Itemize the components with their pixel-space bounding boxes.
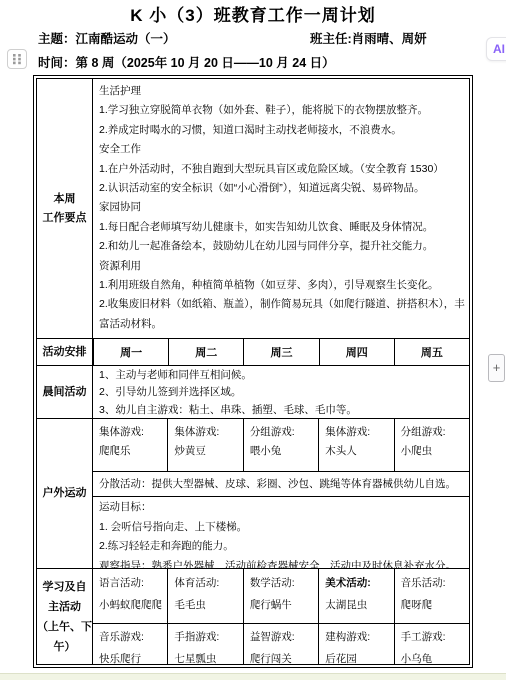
outdoor-goals-row: 运动目标： 1. 会听信号指向走、上下楼梯。 2.练习轻轻走和奔跑的能力。 观察… bbox=[93, 496, 469, 568]
weekly-point-line: 安全工作 bbox=[99, 140, 465, 159]
label-line: 活动安排 bbox=[43, 343, 87, 362]
learning-cell: 益智游戏: 爬行闯关 bbox=[243, 624, 318, 664]
row-label-outdoor: 户外运动 bbox=[37, 419, 93, 568]
outdoor-goals-content: 运动目标： 1. 会听信号指向走、上下楼梯。 2.练习轻轻走和奔跑的能力。 观察… bbox=[93, 497, 469, 568]
weekly-point-line: 1.学习独立穿脱简单衣物（如外套、鞋子），能将脱下的衣物摆放整齐。 bbox=[99, 101, 465, 120]
learning-cell: 音乐游戏: 快乐爬行 bbox=[93, 624, 167, 664]
morning-content: 1、主动与老师和同伴互相问候。 2、引导幼儿签到并选择区域。 3、幼儿自主游戏：… bbox=[93, 366, 469, 418]
label-line: 午） bbox=[54, 637, 76, 657]
morning-line: 3、幼儿自主游戏：粘土、串珠、插塑、毛球、毛巾等。 bbox=[99, 402, 465, 418]
weekly-point-line: 1.利用班级自然角，种植简单植物（如豆芽、多肉），引导观察生长变化。 bbox=[99, 276, 465, 295]
label-line: 户外运动 bbox=[43, 484, 87, 503]
learning-cell-art: 美术活动: 太湖昆虫 bbox=[318, 569, 393, 623]
morning-line: 2、引导幼儿签到并选择区域。 bbox=[99, 384, 465, 401]
goal-line: 1. 会听信号指向走、上下楼梯。 bbox=[99, 519, 465, 538]
weekly-point-line: 1.在户外活动时，不独自跑到大型玩具盲区或危险区域。（安全教育 1530） bbox=[99, 160, 465, 179]
outdoor-games-row: 集体游戏: 爬爬乐 集体游戏: 炒黄豆 分组游戏: 喂小兔 集体游戏: 木头人 … bbox=[93, 419, 469, 471]
outdoor-game-cell: 分组游戏: 小爬虫 bbox=[394, 419, 469, 471]
goal-line: 2.练习轻轻走和奔跑的能力。 bbox=[99, 538, 465, 557]
weekly-point-line: 2.养成定时喝水的习惯，知道口渴时主动找老师接水，不浪费水。 bbox=[99, 121, 465, 140]
weekly-plan-table: 本周 工作要点 生活护理 1.学习独立穿脱简单衣物（如外套、鞋子），能将脱下的衣… bbox=[33, 75, 473, 668]
next-page-strip bbox=[0, 673, 506, 680]
day-header-mon: 周一 bbox=[93, 339, 168, 365]
goal-line: 观察指导：熟悉户外器械，活动前检查器械安全，活动中及时休息补充水分。 bbox=[99, 558, 465, 568]
label-line: 本周 bbox=[54, 190, 76, 209]
row-outdoor-sports: 户外运动 集体游戏: 爬爬乐 集体游戏: 炒黄豆 分组游戏: 喂小兔 集体游戏: bbox=[37, 418, 469, 568]
learning-cell: 手工游戏: 小乌龟 bbox=[394, 624, 469, 664]
row-learning-activities: 学习及自 主活动 （上午、下 午） 语言活动: 小蚂蚁爬爬爬 体育活动: 毛毛虫… bbox=[37, 568, 469, 664]
weekly-point-line: 生活护理 bbox=[99, 82, 465, 101]
outdoor-scatter-row: 分散活动：提供大型器械、皮球、彩圈、沙包、跳绳等体育器械供幼儿自选。 bbox=[93, 471, 469, 497]
teacher-label: 班主任:肖雨晴、周妍 bbox=[310, 29, 427, 47]
day-header-thu: 周四 bbox=[319, 339, 394, 365]
learning-row-1: 语言活动: 小蚂蚁爬爬爬 体育活动: 毛毛虫 数学活动: 爬行蜗牛 美术活动: … bbox=[93, 569, 469, 623]
outdoor-game-cell: 集体游戏: 爬爬乐 bbox=[93, 419, 167, 471]
label-line: 主活动 bbox=[48, 597, 81, 617]
outdoor-game-cell: 集体游戏: 炒黄豆 bbox=[167, 419, 242, 471]
learning-cell: 体育活动: 毛毛虫 bbox=[167, 569, 242, 623]
drag-handle-icon[interactable] bbox=[7, 49, 27, 69]
header-row-time: 时间：第 8 周（2025年 10 月 20 日——10 月 24 日） bbox=[38, 53, 478, 71]
weekly-points-content: 生活护理 1.学习独立穿脱简单衣物（如外套、鞋子），能将脱下的衣物摆放整齐。 2… bbox=[93, 79, 469, 338]
scatter-activity-text: 分散活动：提供大型器械、皮球、彩圈、沙包、跳绳等体育器械供幼儿自选。 bbox=[93, 472, 469, 497]
day-header-wed: 周三 bbox=[243, 339, 318, 365]
learning-cell: 建构游戏: 后花园 bbox=[318, 624, 393, 664]
learning-cell: 语言活动: 小蚂蚁爬爬爬 bbox=[93, 569, 167, 623]
weekly-point-line: 2.认识活动室的安全标识（如“小心滑倒”），知道远离尖锐、易碎物品。 bbox=[99, 179, 465, 198]
add-block-button[interactable]: + bbox=[488, 354, 505, 382]
header-row-theme: 主题：江南酷运动（一） 班主任:肖雨晴、周妍 bbox=[38, 29, 478, 47]
day-header-tue: 周二 bbox=[168, 339, 243, 365]
outdoor-game-cell: 集体游戏: 木头人 bbox=[318, 419, 393, 471]
row-label-schedule: 活动安排 bbox=[37, 339, 93, 365]
outdoor-game-cell: 分组游戏: 喂小兔 bbox=[243, 419, 318, 471]
label-line: 学习及自 bbox=[43, 577, 87, 597]
weekly-point-line: 2.收集废旧材料（如纸箱、瓶盖），制作简易玩具（如爬行隧道、拼搭积木），丰富活动… bbox=[99, 295, 465, 334]
weekly-point-line: 家园协同 bbox=[99, 198, 465, 217]
morning-line: 1、主动与老师和同伴互相问候。 bbox=[99, 367, 465, 384]
learning-cell: 音乐活动: 爬呀爬 bbox=[394, 569, 469, 623]
weekly-point-line: 资源利用 bbox=[99, 257, 465, 276]
learning-row-2: 音乐游戏: 快乐爬行 手指游戏: 七星瓢虫 益智游戏: 爬行闯关 建构游戏: 后… bbox=[93, 623, 469, 664]
label-line: 工作要点 bbox=[43, 209, 87, 228]
label-line: （上午、下 bbox=[37, 617, 92, 637]
label-line: 晨间活动 bbox=[43, 383, 87, 402]
row-morning-activities: 晨间活动 1、主动与老师和同伴互相问候。 2、引导幼儿签到并选择区域。 3、幼儿… bbox=[37, 365, 469, 418]
weekly-point-line: 1.每日配合老师填写幼儿健康卡，如实告知幼儿饮食、睡眠及身体情况。 bbox=[99, 218, 465, 237]
row-label-morning: 晨间活动 bbox=[37, 366, 93, 418]
time-label: 时间：第 8 周（2025年 10 月 20 日——10 月 24 日） bbox=[38, 56, 335, 70]
row-label-learning: 学习及自 主活动 （上午、下 午） bbox=[37, 569, 93, 664]
weekly-point-line: 2.和幼儿一起准备绘本，鼓励幼儿在幼儿园与同伴分享，提升社交能力。 bbox=[99, 237, 465, 256]
row-weekly-points: 本周 工作要点 生活护理 1.学习独立穿脱简单衣物（如外套、鞋子），能将脱下的衣… bbox=[37, 79, 469, 338]
theme-label: 主题：江南酷运动（一） bbox=[38, 32, 176, 46]
page-title: K 小（3）班教育工作一周计划 bbox=[0, 1, 506, 26]
ai-button[interactable]: AI bbox=[486, 37, 506, 61]
row-schedule-header: 活动安排 周一 周二 周三 周四 周五 bbox=[37, 338, 469, 365]
learning-cell: 手指游戏: 七星瓢虫 bbox=[167, 624, 242, 664]
learning-cell: 数学活动: 爬行蜗牛 bbox=[243, 569, 318, 623]
goal-line: 运动目标： bbox=[99, 499, 465, 518]
day-header-fri: 周五 bbox=[394, 339, 469, 365]
row-label-weekly-points: 本周 工作要点 bbox=[37, 79, 93, 338]
grid-dots-icon bbox=[12, 53, 22, 65]
